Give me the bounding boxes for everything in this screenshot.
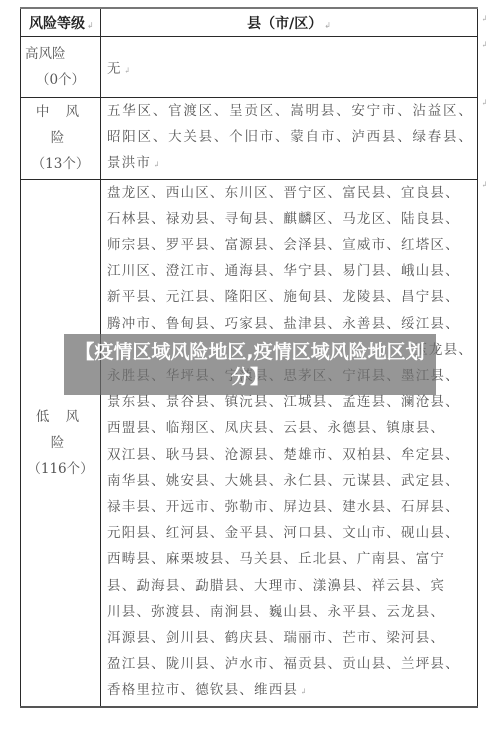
county-line: 县、勐海县、勐腊县、大理市、漾濞县、祥云县、宾 [107, 573, 473, 599]
level-count: （13个） [21, 151, 100, 177]
county-line: 西畴县、麻栗坡县、马关县、丘北县、广南县、富宁 [107, 546, 473, 572]
county-line: 盘龙区、西山区、东川区、晋宁区、富民县、宜良县、 [107, 180, 473, 206]
level-name: 高风险 [21, 41, 100, 67]
document-page: 风险等级↲ 县（市/区）↲ 高风险 （0个） 无↲ 中 风 险 （13个） 五华… [0, 0, 500, 729]
header-county: 县（市/区）↲ [101, 8, 478, 37]
level-name: 中 风 险 [21, 99, 100, 151]
county-line: 禄丰县、开远市、弥勒市、屏边县、建水县、石屏县、 [107, 494, 473, 520]
table-row-medium-risk: 中 风 险 （13个） 五华区、官渡区、呈贡区、嵩明县、安宁市、沾益区、昭阳区、… [21, 98, 478, 180]
county-line: 西盟县、临翔区、凤庆县、云县、永德县、镇康县、 [107, 415, 473, 441]
level-cell-high: 高风险 （0个） [21, 37, 101, 98]
paragraph-mark-icon: ↲ [324, 21, 331, 30]
county-line: 新平县、元江县、隆阳区、施甸县、龙陵县、昌宁县、 [107, 284, 473, 310]
level-count: （116个） [21, 456, 100, 482]
level-count: （0个） [21, 67, 100, 93]
county-list: 无 [107, 61, 122, 77]
paragraph-mark-icon: ↲ [124, 66, 132, 75]
header-risk-level: 风险等级↲ [21, 8, 101, 37]
county-cell-high: 无↲ [101, 37, 478, 98]
table-row-high-risk: 高风险 （0个） 无↲ [21, 37, 478, 98]
paragraph-mark-icon: ↲ [481, 180, 488, 189]
county-line: 石林县、禄劝县、寻甸县、麒麟区、马龙区、陆良县、 [107, 206, 473, 232]
county-line: 元阳县、红河县、金平县、河口县、文山市、砚山县、 [107, 520, 473, 546]
county-line: 师宗县、罗平县、富源县、会泽县、宣威市、红塔区、 [107, 232, 473, 258]
county-line: 腾冲市、鲁甸县、巧家县、盐津县、永善县、绥江县、 [107, 311, 473, 337]
level-name: 低 风 险 [21, 404, 100, 456]
county-line: 南华县、姚安县、大姚县、永仁县、元谋县、武定县、 [107, 468, 473, 494]
paragraph-mark-icon: ↲ [300, 687, 308, 696]
level-cell-low: 低 风 险 （116个） [21, 179, 101, 707]
county-cell-medium: 五华区、官渡区、呈贡区、嵩明县、安宁市、沾益区、昭阳区、大关县、个旧市、蒙自市、… [101, 98, 478, 180]
paragraph-mark-icon: ↲ [153, 160, 161, 169]
table-row-low-risk: 低 风 险 （116个） 盘龙区、西山区、东川区、晋宁区、富民县、宜良县、 石林… [21, 179, 478, 707]
paragraph-mark-icon: ↲ [481, 40, 488, 49]
county-line: 江川区、澄江市、通海县、华宁县、易门县、峨山县、 [107, 258, 473, 284]
county-line: 盈江县、陇川县、泸水市、福贡县、贡山县、兰坪县、 [107, 651, 473, 677]
county-line-last: 香格里拉市、德钦县、维西县↲ [107, 677, 473, 705]
paragraph-mark-icon: ↲ [481, 14, 488, 23]
table-header-row: 风险等级↲ 县（市/区）↲ [21, 8, 478, 37]
title-overlay-banner: 【疫情区域风险地区,疫情区域风险地区划分】 [64, 334, 436, 395]
county-line: 川县、弥渡县、南涧县、巍山县、永平县、云龙县、 [107, 599, 473, 625]
county-list: 五华区、官渡区、呈贡区、嵩明县、安宁市、沾益区、昭阳区、大关县、个旧市、蒙自市、… [107, 103, 473, 171]
level-cell-medium: 中 风 险 （13个） [21, 98, 101, 180]
county-cell-low: 盘龙区、西山区、东川区、晋宁区、富民县、宜良县、 石林县、禄劝县、寻甸县、麒麟区… [101, 179, 478, 707]
paragraph-mark-icon: ↲ [481, 98, 488, 107]
county-line: 洱源县、剑川县、鹤庆县、瑞丽市、芒市、梁河县、 [107, 625, 473, 651]
county-line: 双江县、耿马县、沧源县、楚雄市、双柏县、牟定县、 [107, 442, 473, 468]
paragraph-mark-icon: ↲ [87, 21, 94, 30]
overlay-title: 【疫情区域风险地区,疫情区域风险地区划分】 [70, 340, 430, 390]
